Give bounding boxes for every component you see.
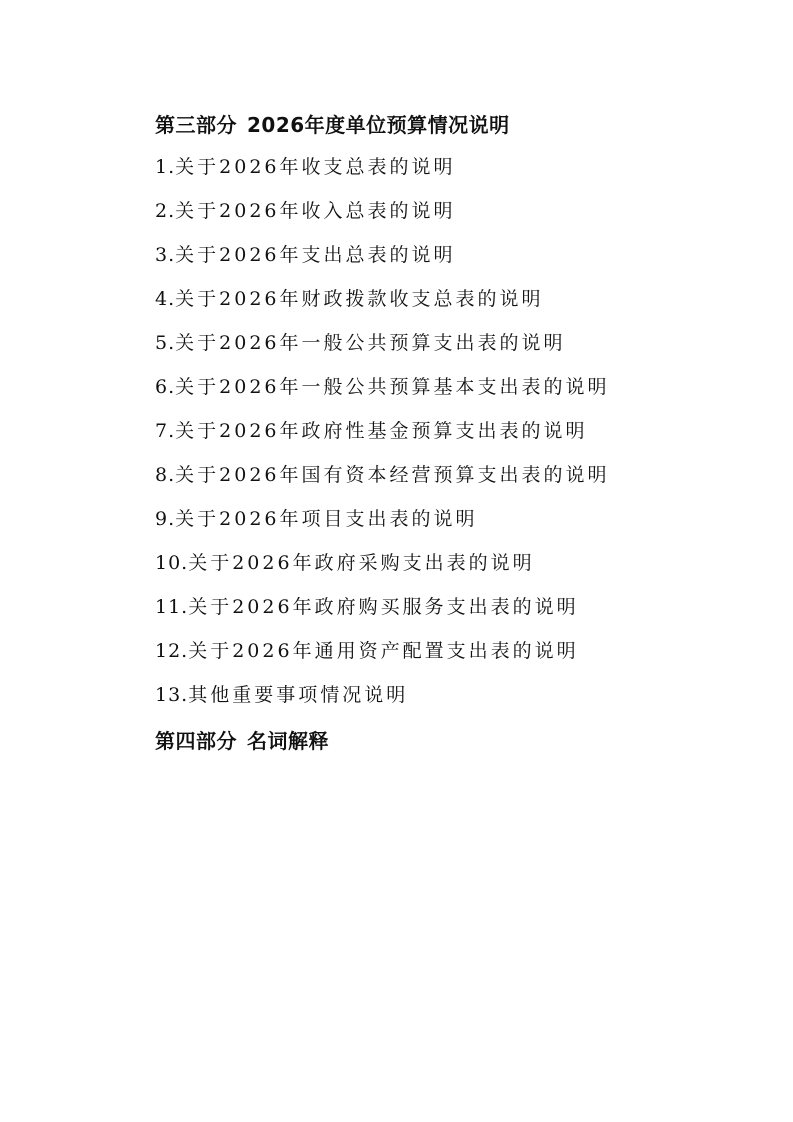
- toc-item-number: 3.: [155, 244, 175, 266]
- toc-item-text: 关于2026年政府购买服务支出表的说明: [188, 596, 578, 618]
- toc-list: 1.关于2026年收支总表的说明 2.关于2026年收入总表的说明 3.关于20…: [155, 151, 755, 723]
- section-heading-part-three: 第三部分2026年度单位预算情况说明: [155, 107, 755, 151]
- toc-item: 4.关于2026年财政拨款收支总表的说明: [155, 283, 755, 327]
- toc-item: 11.关于2026年政府购买服务支出表的说明: [155, 591, 755, 635]
- document-page: 第三部分2026年度单位预算情况说明 1.关于2026年收支总表的说明 2.关于…: [155, 107, 755, 767]
- toc-item-text: 关于2026年一般公共预算支出表的说明: [175, 332, 565, 354]
- toc-item-text: 关于2026年政府采购支出表的说明: [188, 552, 534, 574]
- toc-item-number: 9.: [155, 508, 175, 530]
- toc-item-number: 2.: [155, 200, 175, 222]
- toc-item: 6.关于2026年一般公共预算基本支出表的说明: [155, 371, 755, 415]
- toc-item-number: 1.: [155, 156, 175, 178]
- toc-item: 1.关于2026年收支总表的说明: [155, 151, 755, 195]
- toc-item: 7.关于2026年政府性基金预算支出表的说明: [155, 415, 755, 459]
- toc-item-number: 7.: [155, 420, 175, 442]
- toc-item-text: 关于2026年收入总表的说明: [175, 200, 455, 222]
- toc-item-text: 关于2026年财政拨款收支总表的说明: [175, 288, 543, 310]
- toc-item: 9.关于2026年项目支出表的说明: [155, 503, 755, 547]
- section-part-label: 第四部分: [155, 729, 237, 753]
- toc-item-number: 4.: [155, 288, 175, 310]
- toc-item-number: 6.: [155, 376, 175, 398]
- toc-item-text: 关于2026年国有资本经营预算支出表的说明: [175, 464, 609, 486]
- toc-item-text: 关于2026年项目支出表的说明: [175, 508, 477, 530]
- toc-item-number: 8.: [155, 464, 175, 486]
- toc-item: 5.关于2026年一般公共预算支出表的说明: [155, 327, 755, 371]
- toc-item: 8.关于2026年国有资本经营预算支出表的说明: [155, 459, 755, 503]
- toc-item-text: 关于2026年政府性基金预算支出表的说明: [175, 420, 587, 442]
- toc-item-number: 11.: [155, 596, 188, 618]
- toc-item: 10.关于2026年政府采购支出表的说明: [155, 547, 755, 591]
- toc-item-text: 其他重要事项情况说明: [188, 684, 408, 706]
- toc-item-text: 关于2026年一般公共预算基本支出表的说明: [175, 376, 609, 398]
- toc-item-number: 5.: [155, 332, 175, 354]
- toc-item-text: 关于2026年支出总表的说明: [175, 244, 455, 266]
- section-part-label: 第三部分: [155, 113, 237, 137]
- toc-item-text: 关于2026年通用资产配置支出表的说明: [188, 640, 578, 662]
- toc-item: 13.其他重要事项情况说明: [155, 679, 755, 723]
- toc-item: 3.关于2026年支出总表的说明: [155, 239, 755, 283]
- toc-item: 2.关于2026年收入总表的说明: [155, 195, 755, 239]
- toc-item-text: 关于2026年收支总表的说明: [175, 156, 455, 178]
- toc-item-number: 13.: [155, 684, 188, 706]
- toc-item: 12.关于2026年通用资产配置支出表的说明: [155, 635, 755, 679]
- toc-item-number: 10.: [155, 552, 188, 574]
- toc-item-number: 12.: [155, 640, 188, 662]
- section-heading-part-four: 第四部分名词解释: [155, 723, 755, 767]
- section-title: 名词解释: [247, 729, 329, 753]
- section-title: 2026年度单位预算情况说明: [247, 113, 510, 137]
